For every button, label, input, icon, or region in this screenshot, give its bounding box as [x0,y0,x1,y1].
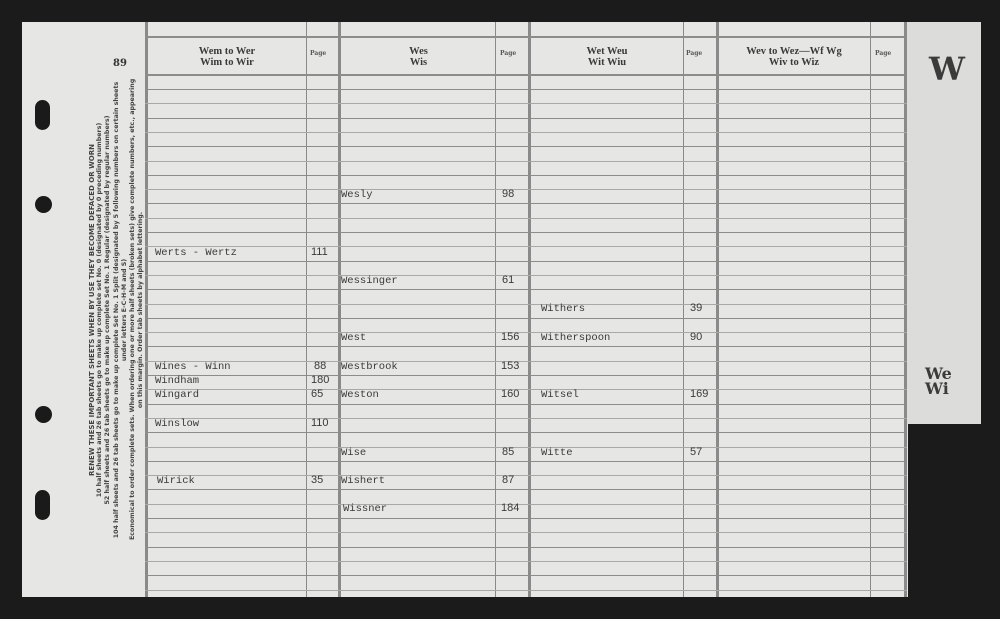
header-line: Wes [409,46,428,57]
column-rule [338,22,341,597]
ruled-line [145,289,907,290]
entry-name: Werts - Wertz [155,247,237,259]
entry-name: Windham [155,375,199,387]
instruction-line: 52 half sheets and 26 tab sheets go to m… [104,80,112,540]
entry-page: 39 [690,302,702,314]
ruled-line [145,489,907,490]
entry-name: Wissner [343,503,387,515]
ruled-line [145,275,907,276]
entry-name: Wesly [341,189,373,201]
ruled-line [145,146,907,147]
header-line: Wem to Wer [199,46,255,57]
header-line: Wev to Wez—Wf Wg [746,46,842,57]
entry-page: 35 [311,474,323,486]
entry-page: 110 [311,417,329,429]
ruled-line [145,261,907,262]
entry-name: Wirick [157,475,195,487]
column-rule [870,22,871,597]
entry-page: 61 [502,274,514,286]
entry-name: Witherspoon [541,332,610,344]
ruled-line [145,389,907,390]
ruled-line [145,532,907,533]
header-line: Wiv to Wiz [769,57,819,68]
ruled-line [145,318,907,319]
column-rule [904,22,907,597]
column-header-3: Wet Weu Wit Wiu [531,38,683,75]
column-rule [306,22,307,597]
instruction-line: under letters E-C-H-M and S) [121,80,129,540]
entry-page: 169 [690,388,708,400]
ruled-line [145,404,907,405]
sheet-page-number: 89 [113,58,127,69]
entry-name: Westbrook [341,361,398,373]
ruled-line [145,361,907,362]
entry-page: 87 [502,474,514,486]
page-column-label: Page [686,50,702,57]
entry-page: 184 [501,502,519,514]
ruled-line [145,89,907,90]
entry-page: 98 [502,188,514,200]
page-column-label: Page [310,50,326,57]
tab-letter: W [929,50,965,88]
ruled-line [145,103,907,104]
instruction-line: 10 half sheets and 26 tab sheets go to m… [96,80,104,540]
ruled-line [145,504,907,505]
instruction-line: Economical to order complete sets. When … [129,80,137,540]
ruled-line [145,304,907,305]
ruled-line [145,246,907,247]
ruled-line [145,118,907,119]
ruled-line [145,375,907,376]
entry-page: 111 [311,246,328,258]
ruled-line [145,432,907,433]
column-header-4: Wev to Wez—Wf Wg Wiv to Wiz [719,38,869,75]
ruled-line [145,561,907,562]
entry-name: Wishert [341,475,385,487]
tab-sublabel: We Wi [925,366,952,396]
ruled-line [145,418,907,419]
entry-page: 156 [501,331,519,343]
column-rule [495,22,496,597]
entry-page: 160 [501,388,519,400]
instruction-line: 104 half sheets and 26 tab sheets go to … [113,80,121,540]
header-line: Wet Weu [587,46,628,57]
ruled-line [145,175,907,176]
column-rule [716,22,719,597]
ruled-line [145,161,907,162]
page-column-label: Page [875,50,891,57]
entry-name: West [341,332,366,344]
header-line: Wis [410,57,427,68]
page-column-label: Page [500,50,516,57]
ruled-line [145,575,907,576]
binder-slot-bottom [35,490,50,520]
ruled-line [145,132,907,133]
entry-name: Wines - Winn [155,361,231,373]
ruled-line [145,475,907,476]
entry-name: Withers [541,303,585,315]
header-line: Wit Wiu [588,57,626,68]
entry-name: Witsel [541,389,579,401]
ruled-line [145,461,907,462]
ruled-line [145,203,907,204]
instruction-line: RENEW THESE IMPORTANT SHEETS WHEN BY USE… [88,80,96,540]
entry-page: 90 [690,331,702,343]
entry-name: Wise [341,447,366,459]
ruled-line [145,590,907,591]
column-rule [145,22,148,597]
column-rule [528,22,531,597]
binder-slot-top [35,100,50,130]
ruled-line [145,346,907,347]
ruled-line [145,232,907,233]
ruled-line [145,218,907,219]
entry-name: Wessinger [341,275,398,287]
tab-sublabel-line: Wi [925,381,952,396]
ruled-line [145,547,907,548]
margin-instructions: RENEW THESE IMPORTANT SHEETS WHEN BY USE… [88,80,145,540]
entry-page: 85 [502,446,514,458]
entry-page: 57 [690,446,702,458]
column-header-1: Wem to Wer Wim to Wir [148,38,306,75]
column-rule [683,22,684,597]
entry-name: Winslow [155,418,199,430]
entry-page: 180 [311,374,329,386]
entry-name: Weston [341,389,379,401]
column-header-2: Wes Wis [341,38,496,75]
entry-page: 65 [311,388,323,400]
ruled-line [145,189,907,190]
ledger-grid [145,22,907,597]
ruled-line [145,518,907,519]
binder-hole-lower [35,406,52,423]
ruled-line [145,447,907,448]
binder-hole-upper [35,196,52,213]
entry-name: Wingard [155,389,199,401]
ruled-line [145,332,907,333]
entry-name: Witte [541,447,573,459]
entry-page: 88 [314,360,326,372]
entry-page: 153 [501,360,519,372]
header-line: Wim to Wir [200,57,254,68]
